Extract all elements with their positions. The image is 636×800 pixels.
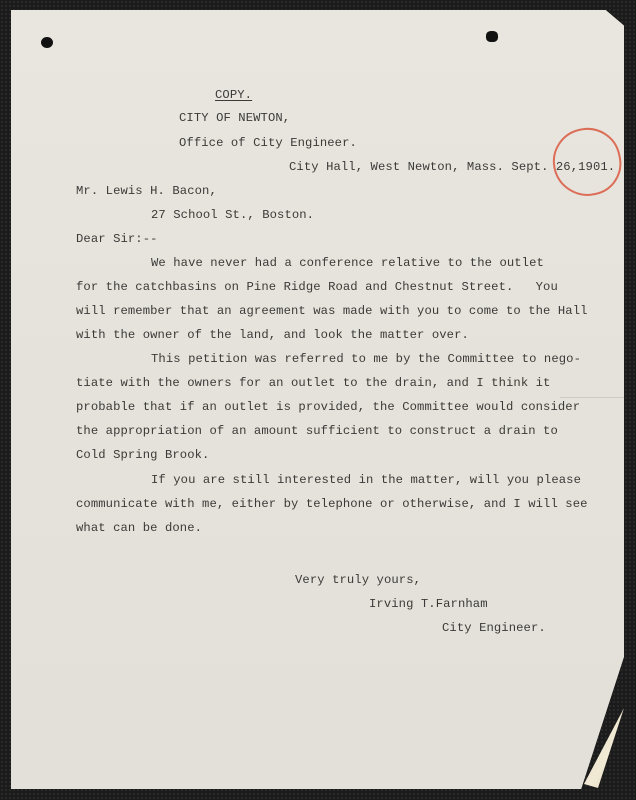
body-line: This petition was referred to me by the …	[151, 352, 581, 366]
punch-hole-left	[41, 37, 53, 48]
recipient-name: Mr. Lewis H. Bacon,	[76, 184, 217, 198]
body-line: If you are still interested in the matte…	[151, 473, 581, 487]
body-line: Cold Spring Brook.	[76, 448, 209, 462]
body-line: probable that if an outlet is provided, …	[76, 400, 580, 414]
fold-crease	[560, 397, 624, 398]
recipient-address: 27 School St., Boston.	[151, 208, 314, 222]
body-line: will remember that an agreement was made…	[76, 304, 588, 318]
office-name: Office of City Engineer.	[179, 136, 357, 150]
body-line: tiate with the owners for an outlet to t…	[76, 376, 550, 390]
body-line: communicate with me, either by telephone…	[76, 497, 588, 511]
organization-name: CITY OF NEWTON,	[179, 111, 290, 125]
punch-hole-right	[486, 31, 498, 42]
body-line: We have never had a conference relative …	[151, 256, 544, 270]
signer-name: Irving T.Farnham	[369, 597, 488, 611]
body-line: for the catchbasins on Pine Ridge Road a…	[76, 280, 558, 294]
valediction: Very truly yours,	[295, 573, 421, 587]
copy-label: COPY.	[215, 88, 252, 102]
body-line: the appropriation of an amount sufficien…	[76, 424, 558, 438]
signer-title: City Engineer.	[442, 621, 546, 635]
salutation: Dear Sir:--	[76, 232, 158, 246]
body-line: what can be done.	[76, 521, 202, 535]
body-line: with the owner of the land, and look the…	[76, 328, 469, 342]
